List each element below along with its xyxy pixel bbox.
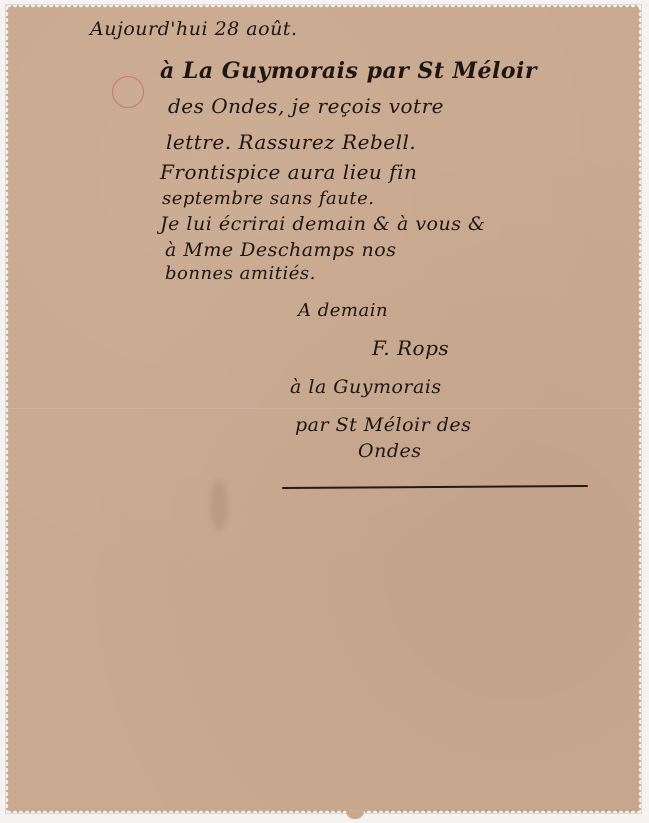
body-line-8: bonnes amitiés. bbox=[165, 263, 316, 284]
scan-background: Aujourd'hui 28 août. à La Guymorais par … bbox=[0, 0, 649, 823]
body-line-3: lettre. Rassurez Rebell. bbox=[166, 130, 416, 154]
letter-card bbox=[6, 5, 641, 813]
fold-line bbox=[6, 408, 641, 410]
perforated-edge-bottom bbox=[6, 809, 641, 813]
body-line-5: septembre sans faute. bbox=[162, 188, 374, 209]
ink-smudge bbox=[210, 480, 228, 530]
body-line-6: Je lui écrirai demain & à vous & bbox=[160, 213, 485, 235]
letter-date: Aujourd'hui 28 août. bbox=[90, 18, 297, 40]
address-line-3: Ondes bbox=[358, 440, 421, 462]
body-line-4: Frontispice aura lieu fin bbox=[160, 160, 417, 184]
body-line-1: à La Guymorais par St Méloir bbox=[160, 58, 537, 84]
signature: F. Rops bbox=[372, 336, 449, 360]
perforated-edge-top bbox=[6, 5, 641, 9]
tear-tab bbox=[346, 811, 364, 819]
closing: A demain bbox=[298, 300, 388, 321]
body-line-2: des Ondes, je reçois votre bbox=[168, 94, 444, 118]
address-line-2: par St Méloir des bbox=[295, 414, 471, 436]
address-line-1: à la Guymorais bbox=[290, 376, 442, 398]
red-circle-stamp-icon bbox=[112, 76, 144, 108]
body-line-7: à Mme Deschamps nos bbox=[165, 239, 396, 261]
